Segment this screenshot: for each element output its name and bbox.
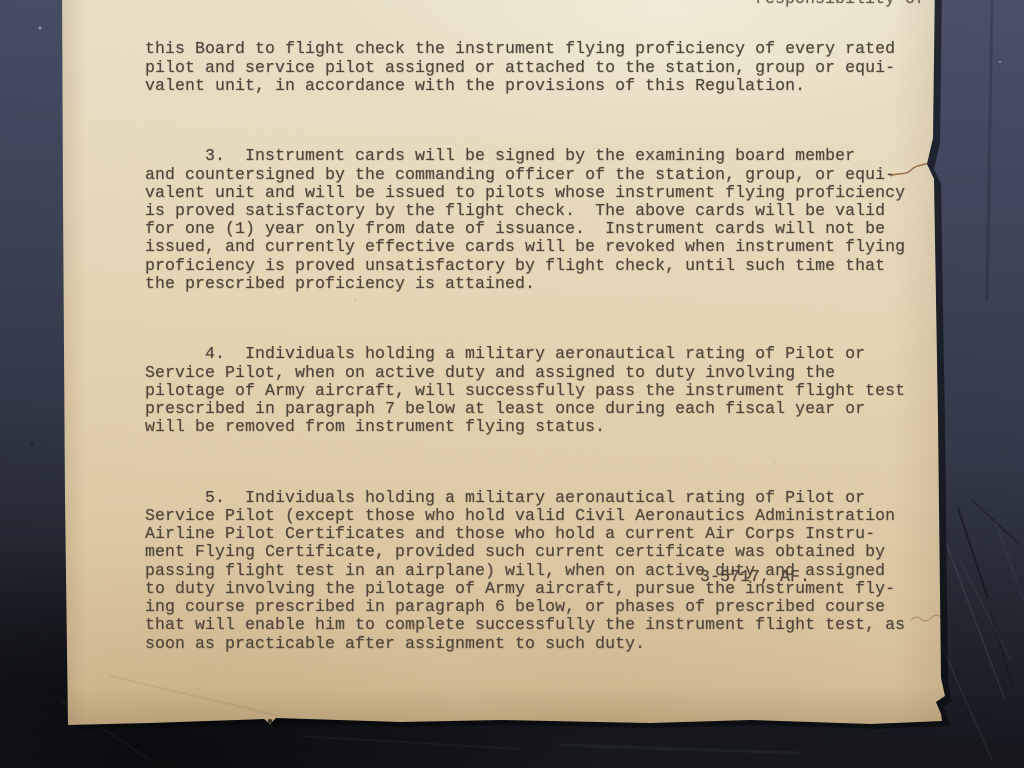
document-paper: responsibility of this Board to flight c… xyxy=(55,0,955,730)
document-body: this Board to flight check the instrumen… xyxy=(145,4,925,705)
document-reference-number: 3-5717, AF. xyxy=(700,568,810,586)
typed-paragraph-item-3: 3. Instrument cards will be signed by th… xyxy=(145,147,925,293)
photo-background: responsibility of this Board to flight c… xyxy=(0,0,1024,768)
typed-paragraph-continuation: this Board to flight check the instrumen… xyxy=(145,40,925,95)
typed-paragraph-item-4: 4. Individuals holding a military aerona… xyxy=(145,345,925,436)
